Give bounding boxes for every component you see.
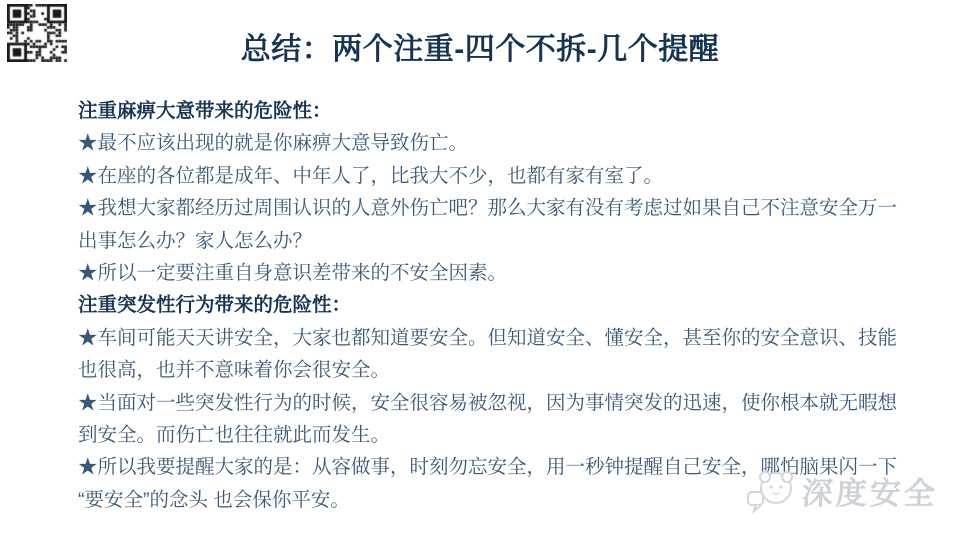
section-heading: 注重麻痹大意带来的危险性： <box>78 95 938 127</box>
section-heading: 注重突发性行为带来的危险性： <box>78 289 938 321</box>
presentation-slide: 总结：两个注重-四个不拆-几个提醒 注重麻痹大意带来的危险性：★最不应该出现的就… <box>0 0 960 540</box>
body-line: ★我想大家都经历过周围认识的人意外伤亡吧？那么大家有没有考虑过如果自己不注意安全… <box>78 192 938 224</box>
body-line: ★在座的各位都是成年、中年人了，比我大不少，也都有家有室了。 <box>78 160 938 192</box>
body-line: 也很高，也并不意味着你会很安全。 <box>78 354 938 386</box>
slide-body: 注重麻痹大意带来的危险性：★最不应该出现的就是你麻痹大意导致伤亡。★在座的各位都… <box>78 95 938 516</box>
watermark-text: 深度安全 <box>801 468 939 513</box>
watermark: 深度安全 <box>746 466 938 514</box>
body-line: ★所以一定要注重自身意识差带来的不安全因素。 <box>78 257 938 289</box>
body-line: 到安全。而伤亡也往往就此而发生。 <box>78 419 938 451</box>
body-line: ★车间可能天天讲安全，大家也都知道要安全。但知道安全、懂安全，甚至你的安全意识、… <box>78 322 938 354</box>
mascot-face-icon <box>746 466 798 514</box>
body-line: ★当面对一些突发性行为的时候，安全很容易被忽视，因为事情突发的迅速，使你根本就无… <box>78 387 938 419</box>
slide-title: 总结：两个注重-四个不拆-几个提醒 <box>0 24 960 68</box>
body-line: ★最不应该出现的就是你麻痹大意导致伤亡。 <box>78 127 938 159</box>
body-line: 出事怎么办？家人怎么办？ <box>78 225 938 257</box>
